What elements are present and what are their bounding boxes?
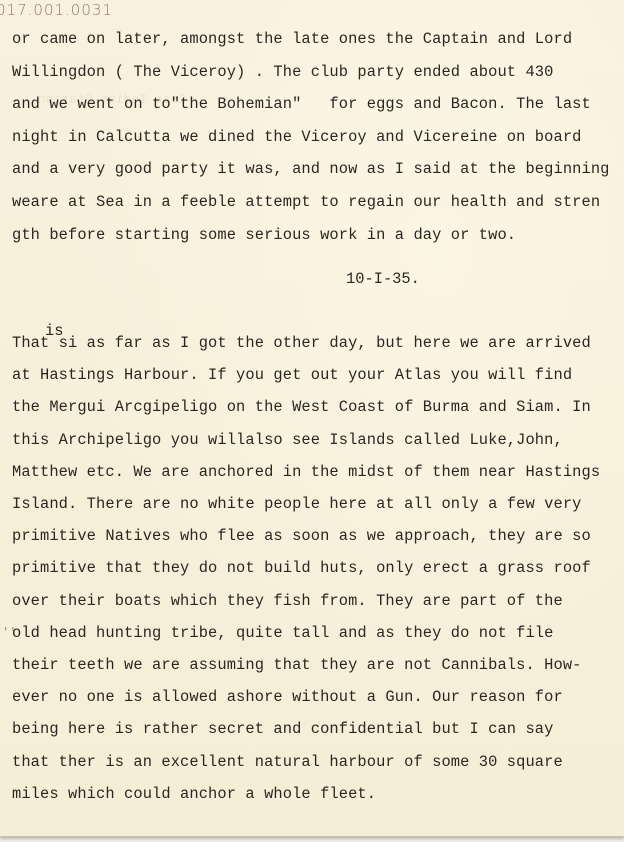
text-line: and we went on to"the Bohemian" for eggs… <box>12 95 591 113</box>
text-line: at Hastings Harbour. If you get out your… <box>12 366 572 384</box>
letter-date: 10-I-35. <box>346 270 420 288</box>
text-line: that ther is an excellent natural harbou… <box>12 753 563 771</box>
text-line: miles which could anchor a whole fleet. <box>12 785 376 803</box>
text-line: primitive Natives who flee as soon as we… <box>12 527 591 545</box>
text-line: and a very good party it was, and now as… <box>12 160 610 178</box>
text-line: primitive that they do not build huts, o… <box>12 559 591 577</box>
text-line: Willingdon ( The Viceroy) . The club par… <box>12 63 553 81</box>
margin-mark: '' <box>2 626 16 640</box>
text-line: weare at Sea in a feeble attempt to rega… <box>12 193 600 211</box>
text-line: ever no one is allowed ashore without a … <box>12 688 563 706</box>
text-line: over their boats which they fish from. T… <box>12 592 563 610</box>
text-line: their teeth we are assuming that they ar… <box>12 656 582 674</box>
typewritten-letter-page: 017.001.0031 East Indies Station. or cam… <box>0 0 624 837</box>
text-line: That si as far as I got the other day, b… <box>12 334 591 352</box>
text-line: this Archipeligo you willalso see Island… <box>12 431 563 449</box>
text-line: old head hunting tribe, quite tall and a… <box>12 624 553 642</box>
text-line: Island. There are no white people here a… <box>12 495 582 513</box>
text-line: gth before starting some serious work in… <box>12 226 516 244</box>
text-line: being here is rather secret and confiden… <box>12 720 553 738</box>
text-line: the Mergui Arcgipeligo on the West Coast… <box>12 398 591 416</box>
text-line: Matthew etc. We are anchored in the mids… <box>12 463 600 481</box>
text-line: or came on later, amongst the late ones … <box>12 30 572 48</box>
text-line: night in Calcutta we dined the Viceroy a… <box>12 128 582 146</box>
archive-number: 017.001.0031 <box>0 1 113 19</box>
